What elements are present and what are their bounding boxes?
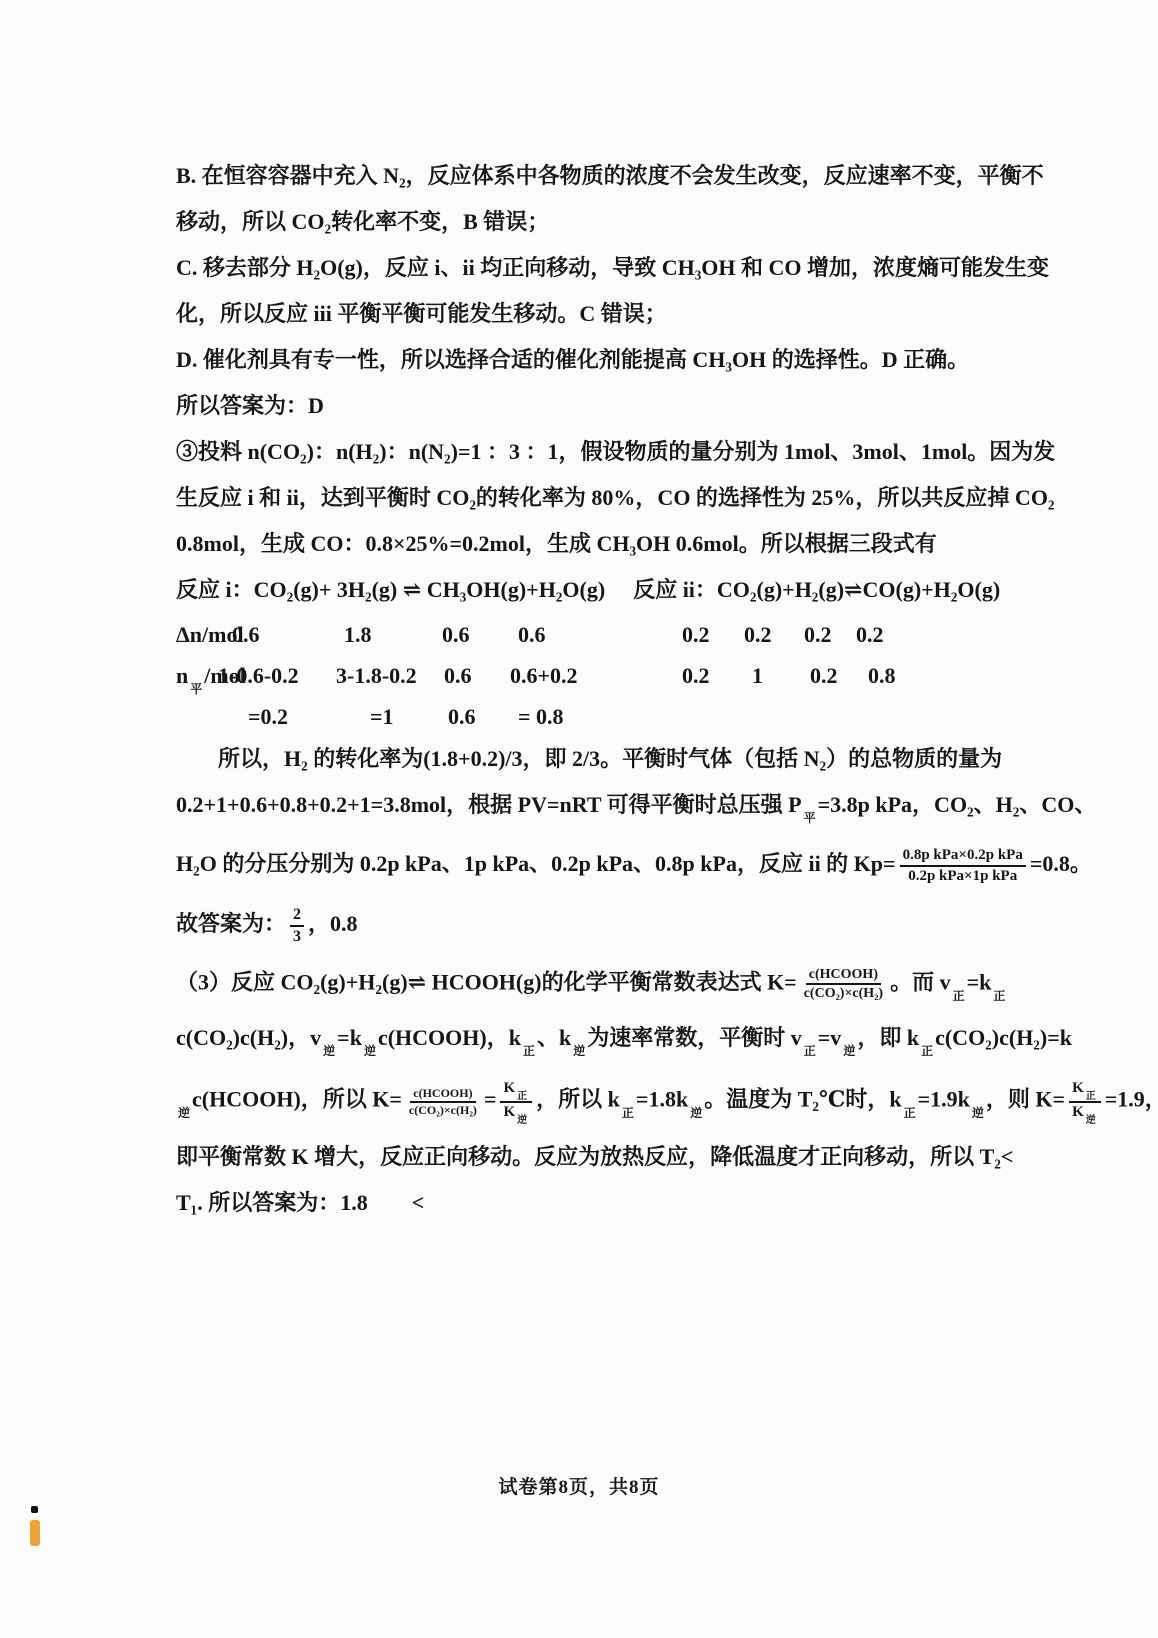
forward-subscript: 正	[921, 1044, 933, 1058]
forward-subscript: 正	[523, 1044, 535, 1058]
line-total-pressure: 0.2+1+0.6+0.8+0.2+1=3.8mol，根据 PV=nRT 可得平…	[176, 791, 1132, 827]
table-cell: 0.2	[682, 663, 710, 689]
k-ratio-fraction: K正K逆	[500, 1079, 532, 1124]
line-conversion: 所以，H₂ 的转化率为(1.8+0.2)/3，即 2/3。平衡时气体（包括 N₂…	[176, 745, 1132, 772]
ice-table-row-n-equilibrium: n平/mol 1-0.6-0.2 3-1.8-0.2 0.6 0.6+0.2 0…	[176, 663, 1132, 704]
table-cell: 0.2	[856, 622, 884, 648]
k-symbol: K	[1072, 1080, 1084, 1096]
fraction-denominator: 0.2p kPa×1p kPa	[905, 867, 1020, 886]
reverse-subscript: 逆	[843, 1044, 855, 1058]
text-segment: 0.2+1+0.6+0.8+0.2+1=3.8mol，根据 PV=nRT 可得平…	[176, 792, 802, 817]
line-option-d: D. 催化剂具有专一性，所以选择合适的催化剂能提高 CH₃OH 的选择性。D 正…	[176, 346, 1132, 373]
text-segment: 。而 v	[890, 969, 951, 994]
text-segment: ，所以 k	[536, 1087, 620, 1112]
line-q3-4: 即平衡常数 K 增大，反应正向移动。反应为放热反应，降低温度才正向移动，所以 T…	[176, 1143, 1132, 1170]
line-reactions: 反应 i：CO₂(g)+ 3H₂(g) ⇌ CH₃OH(g)+H₂O(g)反应 …	[176, 576, 1132, 603]
reverse-subscript: 逆	[573, 1044, 585, 1058]
fraction-numerator: c(HCOOH)	[410, 1086, 475, 1103]
dot-icon	[31, 1506, 38, 1513]
table-cell: 0.6	[442, 622, 470, 648]
k-symbol: K	[1072, 1104, 1084, 1120]
fraction-numerator: K正	[500, 1079, 532, 1103]
fraction-denominator: K逆	[1069, 1103, 1101, 1125]
text-segment: =0.8。	[1030, 851, 1092, 876]
fraction-denominator: 3	[290, 927, 304, 947]
line-part3-feed-2: 生反应 i 和 ii，达到平衡时 CO₂的转化率为 80%，CO 的选择性为 2…	[176, 484, 1132, 511]
forward-subscript: 正	[622, 1106, 634, 1120]
line-answer-2: 故答案为：23，0.8	[176, 905, 1132, 947]
text-segment: =3.8p kPa，CO₂、H₂、CO、	[818, 792, 1097, 817]
reverse-subscript: 逆	[364, 1044, 376, 1058]
k-symbol: K	[503, 1104, 515, 1120]
table-cell: 1-0.6-0.2	[218, 663, 299, 689]
k-expression-fraction: c(HCOOH)c(CO₂)×c(H₂)	[406, 1086, 480, 1118]
text-segment: =k	[967, 969, 992, 994]
kp-fraction: 0.8p kPa×0.2p kPa0.2p kPa×1p kPa	[900, 846, 1026, 886]
text-segment: 、k	[537, 1025, 571, 1050]
text-segment: 。温度为 T₂℃时，k	[704, 1087, 901, 1112]
fraction-denominator: c(CO₂)×c(H₂)	[801, 985, 886, 1003]
ice-table-row-delta-n: Δn/mol 0.6 1.8 0.6 0.6 0.2 0.2 0.2 0.2	[176, 622, 1132, 663]
text-segment: =1.9，	[1105, 1087, 1158, 1112]
reaction-ii-equation: 反应 ii：CO₂(g)+H₂(g)⇌CO(g)+H₂O(g)	[633, 577, 1000, 602]
table-cell: 0.2	[804, 622, 832, 648]
table-cell: =1	[370, 704, 394, 730]
line-q3-1: （3）反应 CO₂(g)+H₂(g)⇌ HCOOH(g)的化学平衡常数表达式 K…	[176, 966, 1132, 1005]
page-footer: 试卷第8页，共8页	[0, 1472, 1158, 1499]
forward-subscript: 正	[1086, 1091, 1096, 1102]
k-ratio-fraction: K正K逆	[1069, 1079, 1101, 1124]
document-page: B. 在恒容容器中充入 N₂，反应体系中各物质的浓度不会发生改变，反应速率不变，…	[0, 0, 1158, 1638]
line-part3-feed-1: ③投料 n(CO₂)：n(H₂)：n(N₂)=1 ：3 ：1，假设物质的量分别为…	[176, 438, 1132, 465]
forward-subscript: 正	[804, 1044, 816, 1058]
fraction-numerator: 2	[290, 905, 304, 927]
table-cell: 0.6	[518, 622, 546, 648]
k-symbol: K	[503, 1080, 515, 1096]
reverse-subscript: 逆	[178, 1106, 190, 1120]
fraction-numerator: 0.8p kPa×0.2p kPa	[900, 846, 1026, 867]
text-segment: c(CO₂)c(H₂)，v	[176, 1025, 321, 1050]
equals-sign: =	[484, 1087, 497, 1112]
text-segment: ，则 K=	[986, 1087, 1065, 1112]
table-cell: 0.8	[868, 663, 896, 689]
text-segment: 为速率常数，平衡时 v	[587, 1025, 802, 1050]
table-cell: 0.6	[444, 663, 472, 689]
orange-i-mark	[28, 1506, 42, 1554]
k-expression-fraction: c(HCOOH)c(CO₂)×c(H₂)	[801, 966, 886, 1003]
reverse-subscript: 逆	[323, 1044, 335, 1058]
line-answer-d: 所以答案为：D	[176, 392, 1132, 419]
text-segment: =1.9k	[918, 1087, 970, 1112]
fraction-numerator: K正	[1069, 1079, 1101, 1103]
table-cell: = 0.8	[518, 704, 564, 730]
text-segment: c(HCOOH)，所以 K=	[192, 1087, 402, 1112]
table-cell: 0.6	[232, 622, 260, 648]
table-cell: 0.6+0.2	[510, 663, 578, 689]
text-segment: （3）反应 CO₂(g)+H₂(g)⇌ HCOOH(g)的化学平衡常数表达式 K…	[176, 969, 797, 994]
reverse-subscript: 逆	[1086, 1115, 1096, 1126]
fraction-denominator: c(CO₂)×c(H₂)	[406, 1103, 480, 1118]
orange-bar-icon	[30, 1520, 40, 1546]
reverse-subscript: 逆	[517, 1115, 527, 1126]
forward-subscript: 正	[993, 989, 1005, 1003]
forward-subscript: 正	[904, 1106, 916, 1120]
fraction-denominator: K逆	[500, 1103, 532, 1125]
reaction-i-equation: 反应 i：CO₂(g)+ 3H₂(g) ⇌ CH₃OH(g)+H₂O(g)	[176, 577, 605, 602]
line-q3-2: c(CO₂)c(H₂)，v逆=k逆c(HCOOH)，k正、k逆为速率常数，平衡时…	[176, 1024, 1132, 1060]
line-option-c-2: 化，所以反应 iii 平衡平衡可能发生移动。C 错误；	[176, 300, 1132, 327]
text-segment: c(CO₂)c(H₂)=k	[935, 1025, 1072, 1050]
text-segment: =1.8k	[636, 1087, 688, 1112]
reverse-subscript: 逆	[972, 1106, 984, 1120]
table-cell: 1.8	[344, 622, 372, 648]
forward-subscript: 正	[517, 1091, 527, 1102]
forward-subscript: 正	[953, 989, 965, 1003]
line-option-b-2: 移动，所以 CO₂转化率不变，B 错误；	[176, 208, 1132, 235]
table-cell: 3-1.8-0.2	[336, 663, 417, 689]
two-thirds-fraction: 23	[290, 905, 304, 947]
equilibrium-subscript: 平	[190, 682, 202, 696]
line-q3-5: T₁. 所以答案为：1.8 <	[176, 1189, 1132, 1216]
reverse-subscript: 逆	[690, 1106, 702, 1120]
line-q3-3: 逆c(HCOOH)，所以 K=c(HCOOH)c(CO₂)×c(H₂)=K正K逆…	[176, 1079, 1132, 1124]
table-cell: 0.2	[682, 622, 710, 648]
fraction-numerator: c(HCOOH)	[806, 966, 881, 986]
text-segment: ，即 k	[857, 1025, 919, 1050]
table-cell: 1	[752, 663, 763, 689]
text-segment: c(HCOOH)，k	[378, 1025, 521, 1050]
n-symbol: n	[176, 663, 188, 688]
table-cell: 0.6	[448, 704, 476, 730]
text-segment: ，0.8	[308, 911, 358, 936]
text-segment: =k	[337, 1025, 362, 1050]
line-option-c-1: C. 移去部分 H₂O(g)，反应 i、ii 均正向移动，导致 CH₃OH 和 …	[176, 254, 1132, 281]
equilibrium-subscript: 平	[804, 811, 816, 825]
text-segment: =v	[818, 1025, 842, 1050]
text-segment: H₂O 的分压分别为 0.2p kPa、1p kPa、0.2p kPa、0.8p…	[176, 851, 896, 876]
line-option-b-1: B. 在恒容容器中充入 N₂，反应体系中各物质的浓度不会发生改变，反应速率不变，…	[176, 162, 1132, 189]
table-cell: 0.2	[810, 663, 838, 689]
line-part3-feed-3: 0.8mol，生成 CO：0.8×25%=0.2mol，生成 CH₃OH 0.6…	[176, 530, 1132, 557]
ice-table-row-results: =0.2 =1 0.6 = 0.8	[176, 704, 1132, 745]
text-segment: 故答案为：	[176, 911, 286, 936]
answer-text-block: B. 在恒容容器中充入 N₂，反应体系中各物质的浓度不会发生改变，反应速率不变，…	[176, 162, 1132, 1235]
table-cell: 0.2	[744, 622, 772, 648]
table-cell: =0.2	[248, 704, 288, 730]
line-kp-calculation: H₂O 的分压分别为 0.2p kPa、1p kPa、0.2p kPa、0.8p…	[176, 846, 1132, 886]
